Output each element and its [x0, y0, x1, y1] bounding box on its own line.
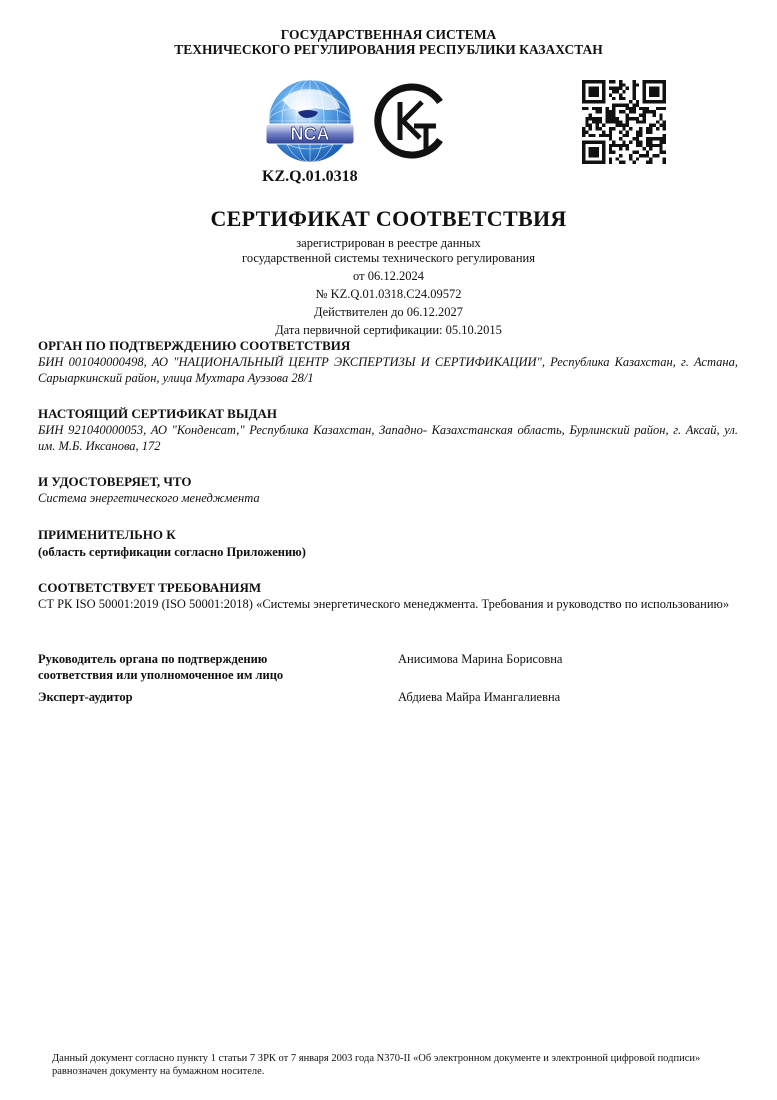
accreditation-number: KZ.Q.01.0318 [262, 168, 358, 186]
section-text: СТ РК ISO 50001:2019 (ISO 50001:2018) «С… [38, 596, 738, 612]
section-heading: НАСТОЯЩИЙ СЕРТИФИКАТ ВЫДАН [38, 406, 738, 422]
signatory-name-head: Анисимова Марина Борисовна [398, 651, 562, 667]
nca-globe-icon: NCA [260, 78, 360, 164]
section-heading: И УДОСТОВЕРЯЕТ, ЧТО [38, 474, 738, 490]
registry-info: зарегистрирован в реестре данных государ… [0, 236, 777, 338]
valid-until: Действителен до 06.12.2027 [0, 305, 777, 320]
section-text: (область сертификации согласно Приложени… [38, 543, 738, 561]
header-line-2: ТЕХНИЧЕСКОГО РЕГУЛИРОВАНИЯ РЕСПУБЛИКИ КА… [0, 42, 777, 57]
section-text: Система энергетического менеджмента [38, 490, 738, 506]
registry-date: от 06.12.2024 [0, 269, 777, 284]
document-title: СЕРТИФИКАТ СООТВЕТСТВИЯ [0, 206, 777, 232]
nca-logo: NCA [260, 78, 360, 164]
kt-conformity-mark [374, 82, 450, 160]
section-applicable: ПРИМЕНИТЕЛЬНО К (область сертификации со… [38, 527, 738, 561]
legal-footnote: Данный документ согласно пункту 1 статьи… [52, 1052, 742, 1078]
qr-code[interactable] [582, 80, 666, 164]
section-text: БИН 921040000053, АО "Конденсат," Респуб… [38, 422, 738, 454]
signatory-role-head: Руководитель органа по подтверждению соо… [38, 651, 338, 683]
section-issued-to: НАСТОЯЩИЙ СЕРТИФИКАТ ВЫДАН БИН 921040000… [38, 406, 738, 454]
section-requirements: СООТВЕТСТВУЕТ ТРЕБОВАНИЯМ СТ РК ISO 5000… [38, 580, 738, 612]
section-text: БИН 001040000498, АО "НАЦИОНАЛЬНЫЙ ЦЕНТР… [38, 354, 738, 386]
registry-line-1: зарегистрирован в реестре данных [0, 236, 777, 251]
signatory-name-auditor: Абдиева Майра Имангалиевна [398, 689, 560, 705]
section-heading: СООТВЕТСТВУЕТ ТРЕБОВАНИЯМ [38, 580, 738, 596]
section-heading: ПРИМЕНИТЕЛЬНО К [38, 527, 738, 543]
kt-mark-icon [374, 82, 450, 160]
section-certifies: И УДОСТОВЕРЯЕТ, ЧТО Система энергетическ… [38, 474, 738, 506]
section-heading: ОРГАН ПО ПОДТВЕРЖДЕНИЮ СООТВЕТСТВИЯ [38, 338, 738, 354]
section-certification-body: ОРГАН ПО ПОДТВЕРЖДЕНИЮ СООТВЕТСТВИЯ БИН … [38, 338, 738, 386]
certificate-number: № KZ.Q.01.0318.C24.09572 [0, 287, 777, 302]
qr-code-icon [582, 80, 666, 164]
issuing-authority-header: ГОСУДАРСТВЕННАЯ СИСТЕМА ТЕХНИЧЕСКОГО РЕГ… [0, 27, 777, 57]
first-certification-date: Дата первичной сертификации: 05.10.2015 [0, 323, 777, 338]
registry-line-2: государственной системы технического рег… [0, 251, 777, 266]
header-line-1: ГОСУДАРСТВЕННАЯ СИСТЕМА [0, 27, 777, 42]
signatory-role-auditor: Эксперт-аудитор [38, 689, 338, 705]
svg-text:NCA: NCA [291, 124, 330, 144]
